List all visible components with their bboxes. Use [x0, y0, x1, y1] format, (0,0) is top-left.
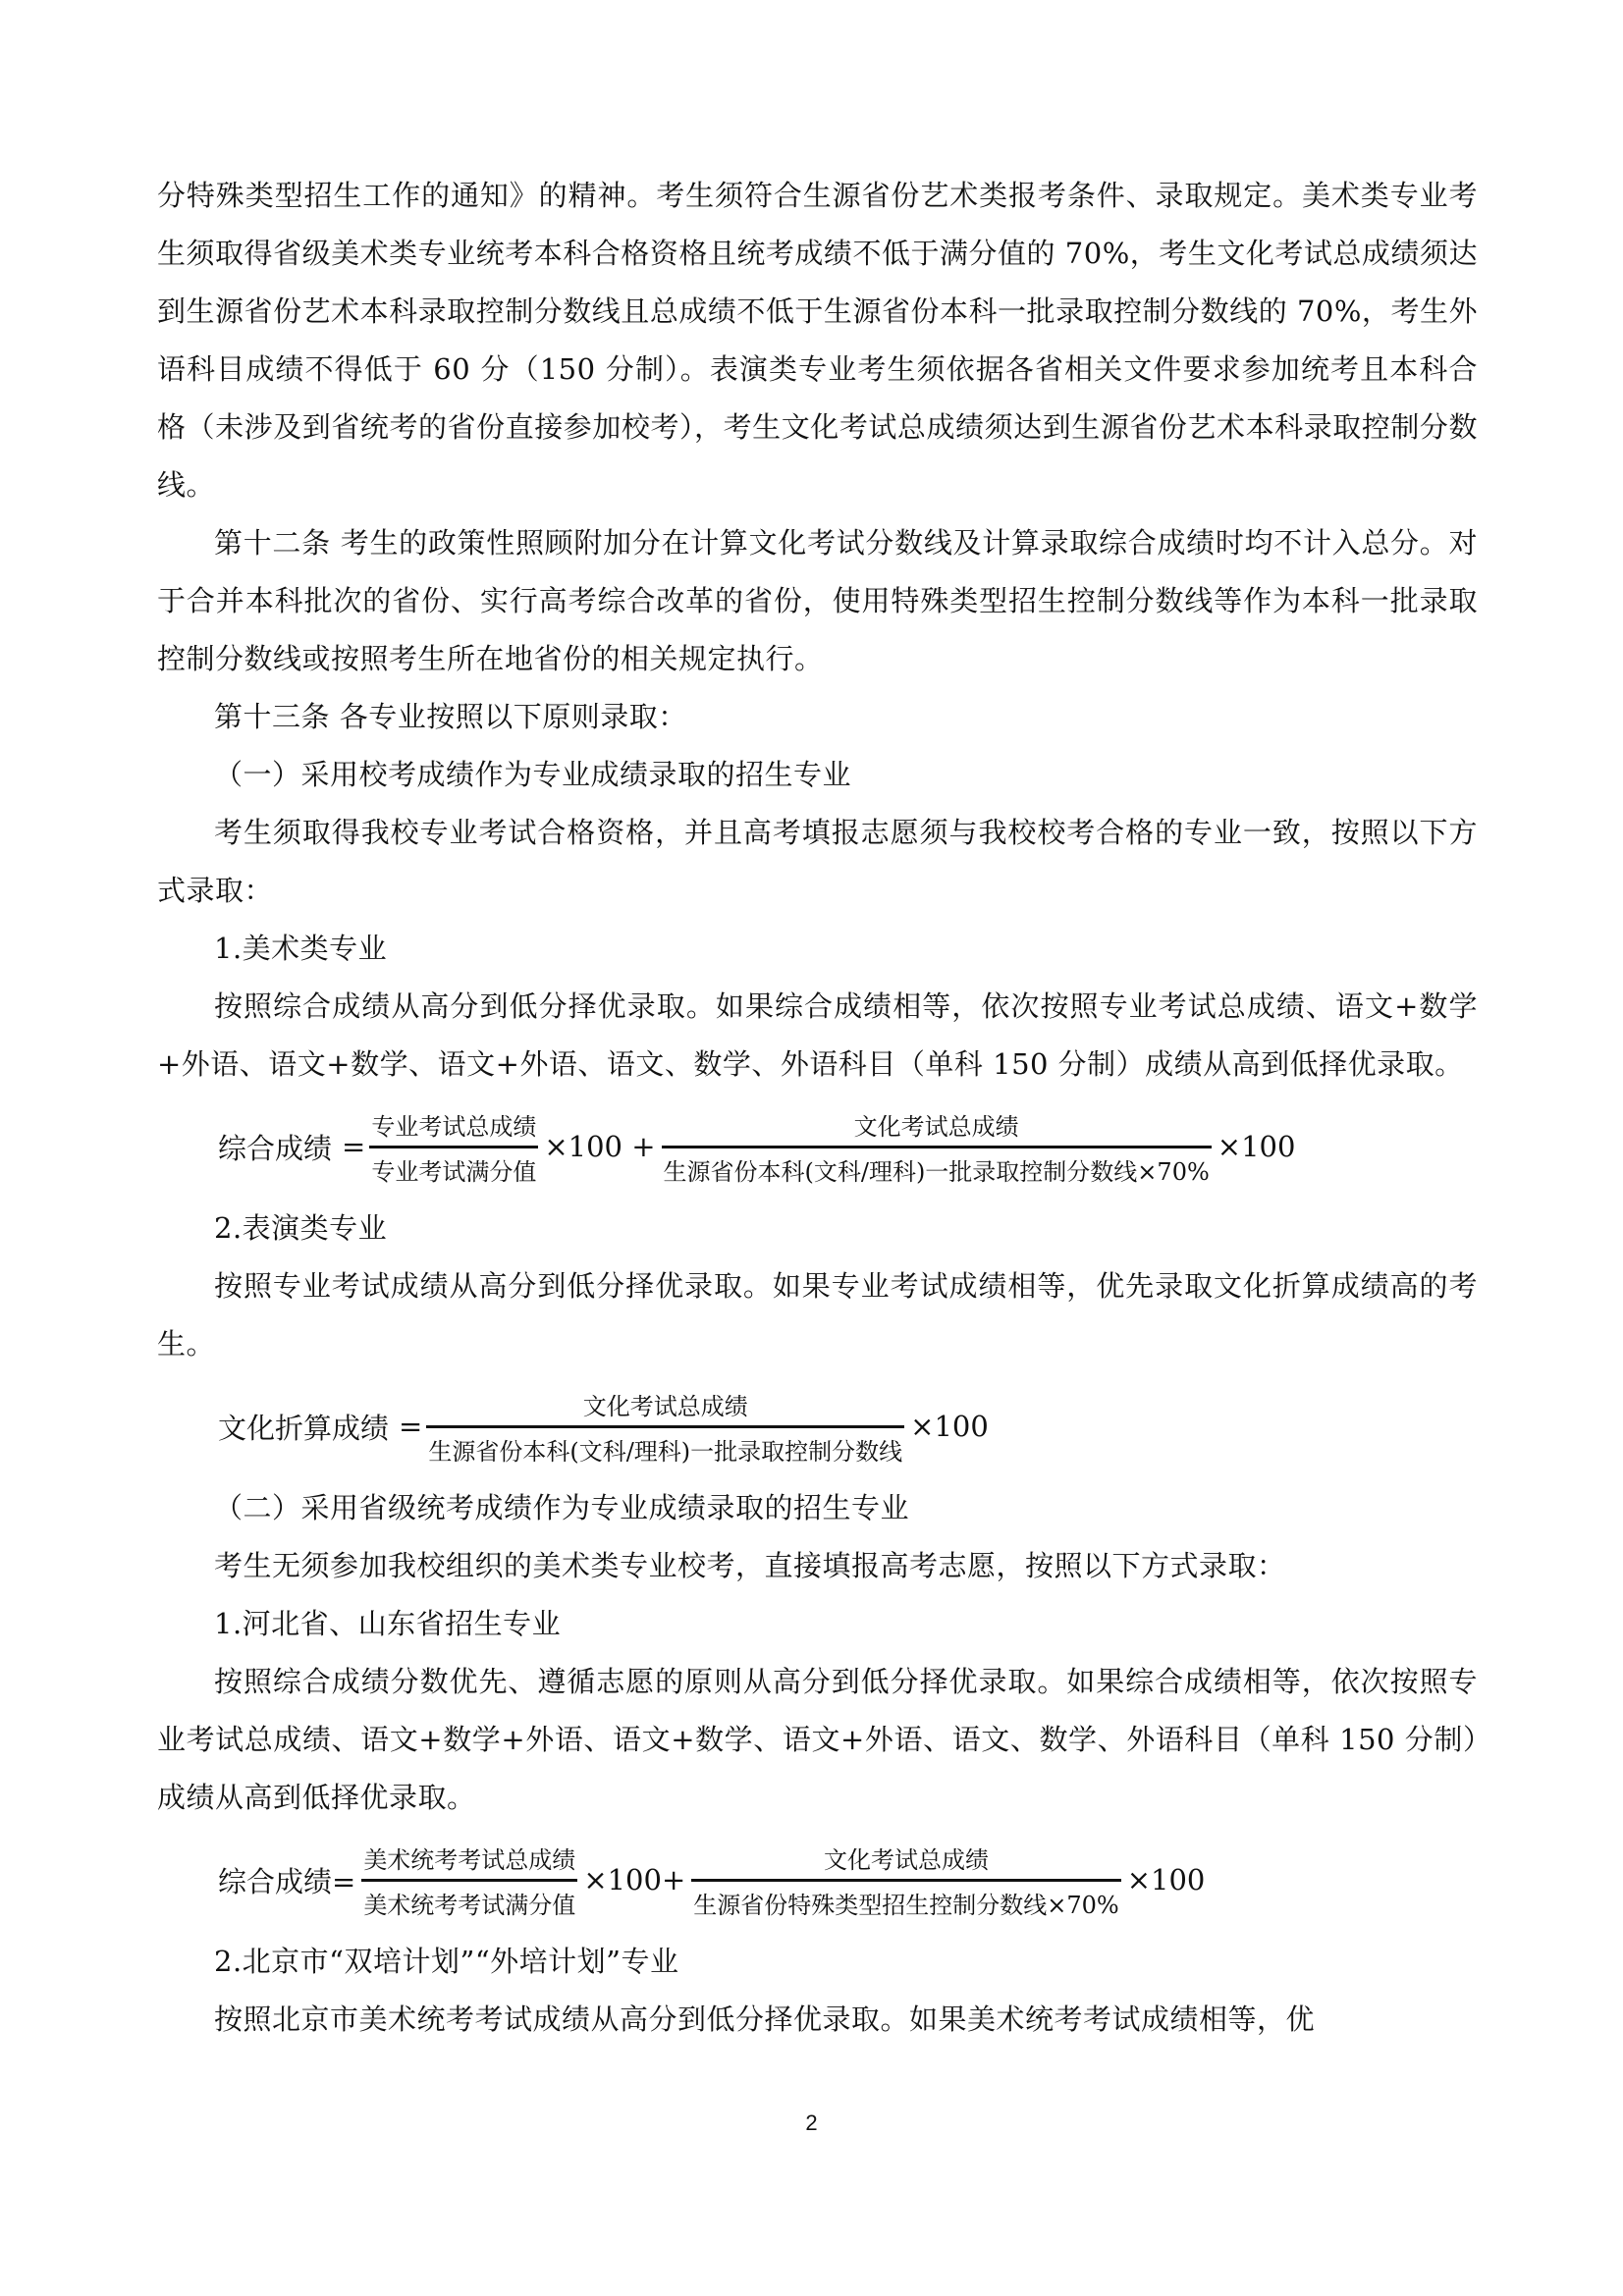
item-hebei-shandong-text: 按照综合成绩分数优先、遵循志愿的原则从高分到低分择优录取。如果综合成绩相等，依次… [157, 1653, 1478, 1827]
article-12: 第十二条 考生的政策性照顾附加分在计算文化考试分数线及计算录取综合成绩时均不计入… [157, 514, 1478, 688]
item-art-major-text: 按照综合成绩从高分到低分择优录取。如果综合成绩相等，依次按照专业考试总成绩、语文… [157, 978, 1478, 1094]
formula-composite-score-unified: 综合成绩= 美术统考考试总成绩 美术统考考试满分值 ×100+ 文化考试总成绩 … [157, 1827, 1478, 1933]
item-beijing-text: 按照北京市美术统考考试成绩从高分到低分择优录取。如果美术统考考试成绩相等，优 [157, 1991, 1478, 2049]
formula-composite-score: 综合成绩 = 专业考试总成绩 专业考试满分值 ×100 + 文化考试总成绩 生源… [157, 1094, 1478, 1200]
section-2-heading: （二）采用省级统考成绩作为专业成绩录取的招生专业 [157, 1479, 1478, 1537]
denominator: 生源省份本科(文科/理科)一批录取控制分数线 [426, 1428, 904, 1467]
formula-culture-converted: 文化折算成绩 = 文化考试总成绩 生源省份本科(文科/理科)一批录取控制分数线 … [157, 1373, 1478, 1479]
denominator: 生源省份本科(文科/理科)一批录取控制分数线×70% [662, 1148, 1212, 1187]
article-13-heading: 第十三条 各专业按照以下原则录取： [157, 688, 1478, 746]
numerator: 文化考试总成绩 [426, 1387, 904, 1425]
formula-lhs: 综合成绩 [218, 1127, 332, 1167]
item-performance-text: 按照专业考试成绩从高分到低分择优录取。如果专业考试成绩相等，优先录取文化折算成绩… [157, 1257, 1478, 1373]
formula-lhs: 综合成绩= [218, 1860, 355, 1900]
fraction-culture: 文化考试总成绩 生源省份特殊类型招生控制分数线×70% [691, 1841, 1120, 1920]
denominator: 专业考试满分值 [369, 1148, 538, 1187]
paragraph-art-requirements: 分特殊类型招生工作的通知》的精神。考生须符合生源省份艺术类报考条件、录取规定。美… [157, 167, 1478, 514]
section-2-intro: 考生无须参加我校组织的美术类专业校考，直接填报高考志愿，按照以下方式录取： [157, 1537, 1478, 1595]
equals-sign: = [399, 1410, 422, 1443]
multiplier: ×100+ [583, 1863, 685, 1896]
multiplier: ×100 + [544, 1130, 655, 1163]
multiplier: ×100 [1127, 1863, 1206, 1896]
section-1-intro: 考生须取得我校专业考试合格资格，并且高考填报志愿须与我校校考合格的专业一致，按照… [157, 804, 1478, 920]
equals-sign: = [342, 1130, 365, 1163]
page-number: 2 [0, 2110, 1623, 2136]
denominator: 生源省份特殊类型招生控制分数线×70% [691, 1882, 1120, 1920]
numerator: 美术统考考试总成绩 [361, 1841, 577, 1879]
numerator: 专业考试总成绩 [369, 1107, 538, 1146]
multiplier: ×100 [910, 1410, 989, 1443]
document-page: 分特殊类型招生工作的通知》的精神。考生须符合生源省份艺术类报考条件、录取规定。美… [157, 167, 1478, 2049]
denominator: 美术统考考试满分值 [361, 1882, 577, 1920]
item-performance-heading: 2.表演类专业 [157, 1200, 1478, 1257]
formula-lhs: 文化折算成绩 [218, 1407, 389, 1447]
item-hebei-shandong-heading: 1.河北省、山东省招生专业 [157, 1595, 1478, 1653]
numerator: 文化考试总成绩 [662, 1107, 1212, 1146]
fraction-culture: 文化考试总成绩 生源省份本科(文科/理科)一批录取控制分数线 [426, 1387, 904, 1467]
item-beijing-heading: 2.北京市“双培计划”“外培计划”专业 [157, 1933, 1478, 1991]
fraction-culture: 文化考试总成绩 生源省份本科(文科/理科)一批录取控制分数线×70% [662, 1107, 1212, 1187]
numerator: 文化考试总成绩 [691, 1841, 1120, 1879]
fraction-art-exam: 美术统考考试总成绩 美术统考考试满分值 [361, 1841, 577, 1920]
item-art-major-heading: 1.美术类专业 [157, 920, 1478, 978]
section-1-heading: （一）采用校考成绩作为专业成绩录取的招生专业 [157, 746, 1478, 804]
multiplier: ×100 [1217, 1130, 1296, 1163]
fraction-professional: 专业考试总成绩 专业考试满分值 [369, 1107, 538, 1187]
